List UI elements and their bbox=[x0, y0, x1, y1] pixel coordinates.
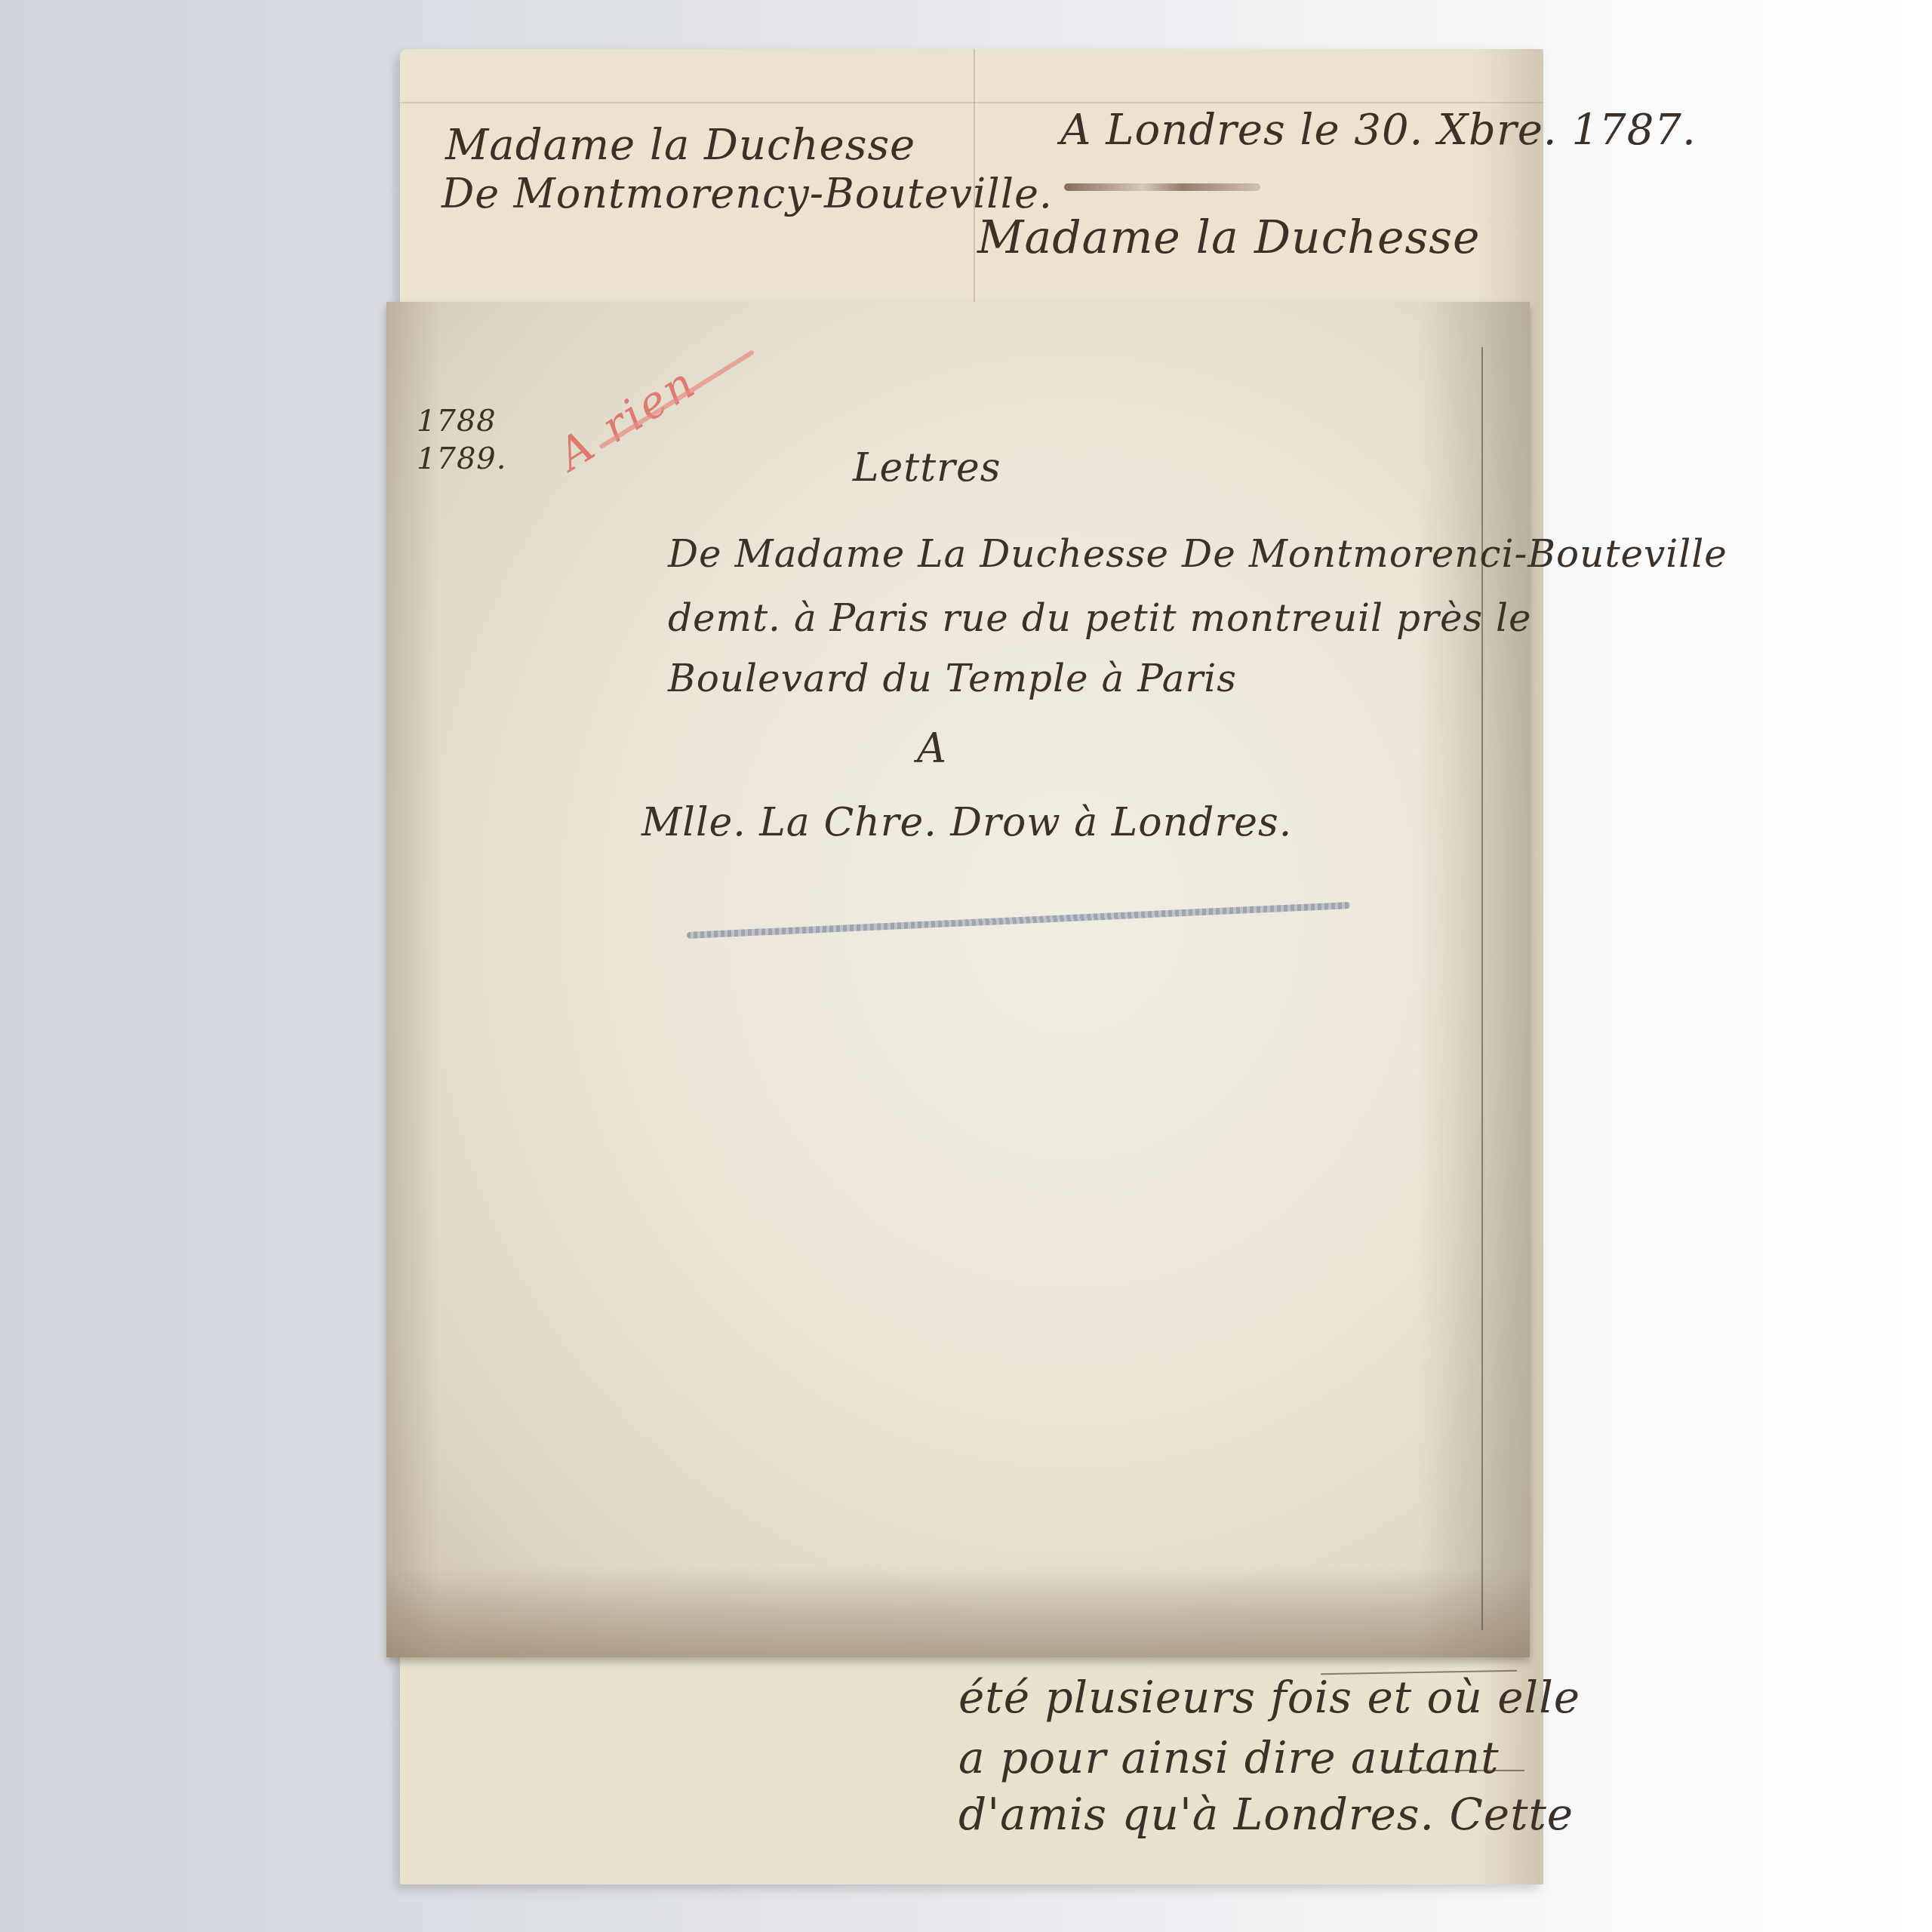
wrapper-title: Lettres bbox=[853, 445, 1001, 491]
ink-smudge bbox=[1064, 183, 1260, 191]
salutation: Madame la Duchesse bbox=[977, 211, 1481, 264]
address-line-2: De Montmorency-Bouteville. bbox=[441, 170, 1053, 217]
margin-year-2: 1789. bbox=[417, 441, 507, 476]
letter-line-3: d'amis qu'à Londres. Cette bbox=[958, 1789, 1574, 1840]
wrapper-line-5: Mlle. La Chre. Drow à Londres. bbox=[641, 800, 1292, 845]
wrapper-line-1: De Madame La Duchesse De Montmorenci-Bou… bbox=[668, 532, 1727, 576]
fold-crease-horizontal bbox=[400, 102, 1543, 103]
edge-stain bbox=[1417, 302, 1530, 1657]
edge-stain bbox=[386, 1567, 1530, 1657]
dateline: A Londres le 30. Xbre. 1787. bbox=[1060, 106, 1697, 155]
edge-stain bbox=[386, 302, 439, 1657]
letter-line-2: a pour ainsi dire autant bbox=[958, 1732, 1499, 1783]
wrapper-line-3: Boulevard du Temple à Paris bbox=[668, 657, 1237, 700]
wrapper-line-4: A bbox=[917, 724, 947, 772]
margin-year-1: 1788 bbox=[417, 404, 497, 438]
letter-line-1: été plusieurs fois et où elle bbox=[958, 1672, 1580, 1723]
front-wrapper-sheet bbox=[386, 302, 1530, 1657]
wrapper-line-2: demt. à Paris rue du petit montreuil prè… bbox=[668, 596, 1532, 640]
address-line-1: Madame la Duchesse bbox=[445, 121, 915, 170]
